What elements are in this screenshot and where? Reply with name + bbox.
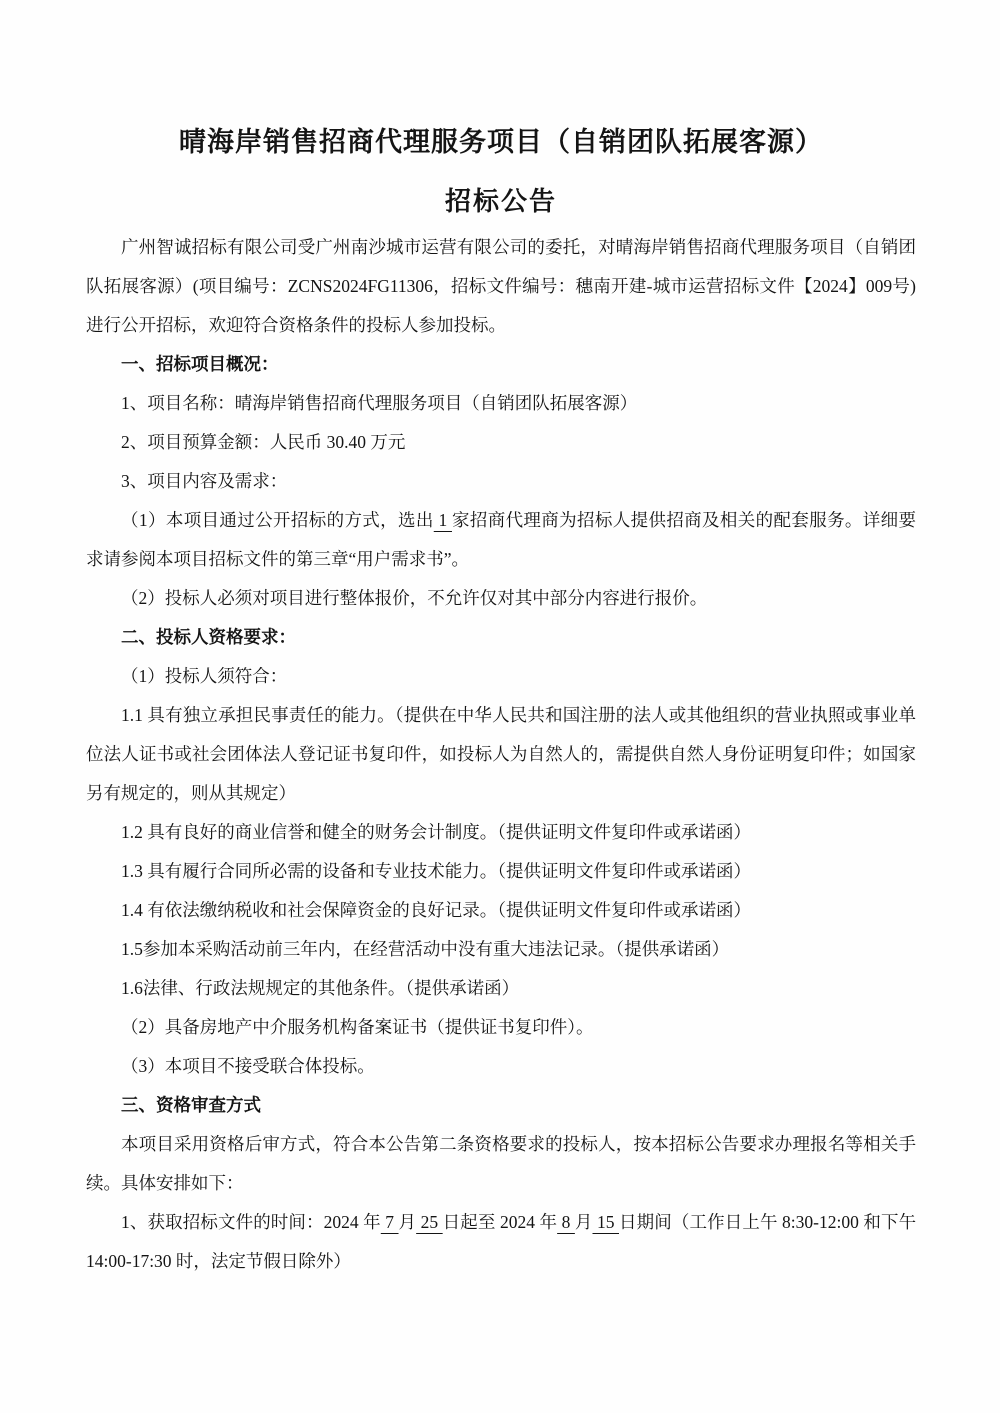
text-run: （1）投标人须符合：: [121, 666, 287, 686]
text-run: 3、项目内容及需求：: [121, 471, 287, 491]
text-run: 1.5参加本采购活动前三年内，在经营活动中没有重大违法记录。（提供承诺函）: [121, 939, 729, 959]
paragraph: 1.1 具有独立承担民事责任的能力。（提供在中华人民共和国注册的法人或其他组织的…: [86, 696, 916, 813]
underlined-fill-in-text: 25: [416, 1212, 443, 1232]
text-run: （2）投标人必须对项目进行整体报价，不允许仅对其中部分内容进行报价。: [121, 588, 707, 608]
paragraph: 1、项目名称：晴海岸销售招商代理服务项目（自销团队拓展客源）: [86, 384, 916, 423]
text-run: （3）本项目不接受联合体投标。: [121, 1056, 375, 1076]
text-run: 1.3 具有履行合同所必需的设备和专业技术能力。（提供证明文件复印件或承诺函）: [121, 861, 751, 881]
underlined-fill-in-text: 15: [593, 1212, 620, 1232]
paragraph: 2、项目预算金额：人民币 30.40 万元: [86, 423, 916, 462]
section-heading: 三、资格审查方式: [86, 1086, 916, 1125]
text-run: （1）本项目通过公开招标的方式，选出: [121, 510, 434, 530]
underlined-fill-in-text: 7: [381, 1212, 399, 1232]
text-run: 月: [399, 1212, 417, 1232]
paragraph: 1.5参加本采购活动前三年内，在经营活动中没有重大违法记录。（提供承诺函）: [86, 930, 916, 969]
document-page: 晴海岸销售招商代理服务项目（自销团队拓展客源） 招标公告 广州智诚招标有限公司受…: [0, 0, 1000, 1413]
paragraph: 1.2 具有良好的商业信誉和健全的财务会计制度。（提供证明文件复印件或承诺函）: [86, 813, 916, 852]
underlined-fill-in-text: 1: [434, 510, 452, 530]
paragraph: 广州智诚招标有限公司受广州南沙城市运营有限公司的委托，对晴海岸销售招商代理服务项…: [86, 228, 916, 345]
document-body: 广州智诚招标有限公司受广州南沙城市运营有限公司的委托，对晴海岸销售招商代理服务项…: [86, 228, 916, 1281]
paragraph: 1.4 有依法缴纳税收和社会保障资金的良好记录。（提供证明文件复印件或承诺函）: [86, 891, 916, 930]
text-run: 1.2 具有良好的商业信誉和健全的财务会计制度。（提供证明文件复印件或承诺函）: [121, 822, 751, 842]
paragraph: 1、获取招标文件的时间：2024 年 7 月 25 日起至 2024 年 8 月…: [86, 1203, 916, 1281]
paragraph: （1）投标人须符合：: [86, 657, 916, 696]
text-run: 三、资格审查方式: [121, 1095, 261, 1115]
paragraph: （2）具备房地产中介服务机构备案证书（提供证书复印件）。: [86, 1008, 916, 1047]
text-run: （2）具备房地产中介服务机构备案证书（提供证书复印件）。: [121, 1017, 594, 1037]
text-run: 1.1 具有独立承担民事责任的能力。（提供在中华人民共和国注册的法人或其他组织的…: [86, 705, 916, 803]
text-run: 1、获取招标文件的时间：2024 年: [121, 1212, 381, 1232]
paragraph: （3）本项目不接受联合体投标。: [86, 1047, 916, 1086]
paragraph: （2）投标人必须对项目进行整体报价，不允许仅对其中部分内容进行报价。: [86, 579, 916, 618]
text-run: 1.6法律、行政法规规定的其他条件。（提供承诺函）: [121, 978, 519, 998]
text-run: 二、投标人资格要求：: [121, 627, 296, 647]
text-run: 月: [575, 1212, 593, 1232]
text-run: 2、项目预算金额：人民币 30.40 万元: [121, 432, 405, 452]
paragraph: 本项目采用资格后审方式，符合本公告第二条资格要求的投标人，按本招标公告要求办理报…: [86, 1125, 916, 1203]
section-heading: 二、投标人资格要求：: [86, 618, 916, 657]
text-run: 日起至 2024 年: [443, 1212, 557, 1232]
paragraph: 3、项目内容及需求：: [86, 462, 916, 501]
text-run: 广州智诚招标有限公司受广州南沙城市运营有限公司的委托，对晴海岸销售招商代理服务项…: [86, 237, 916, 335]
underlined-fill-in-text: 8: [557, 1212, 575, 1232]
section-heading: 一、招标项目概况：: [86, 345, 916, 384]
text-run: 一、招标项目概况：: [121, 354, 279, 374]
text-run: 本项目采用资格后审方式，符合本公告第二条资格要求的投标人，按本招标公告要求办理报…: [86, 1134, 916, 1193]
document-subtitle: 招标公告: [86, 182, 916, 222]
paragraph: （1）本项目通过公开招标的方式，选出 1 家招商代理商为招标人提供招商及相关的配…: [86, 501, 916, 579]
text-run: 1.4 有依法缴纳税收和社会保障资金的良好记录。（提供证明文件复印件或承诺函）: [121, 900, 751, 920]
document-title: 晴海岸销售招商代理服务项目（自销团队拓展客源）: [86, 122, 916, 162]
paragraph: 1.3 具有履行合同所必需的设备和专业技术能力。（提供证明文件复印件或承诺函）: [86, 852, 916, 891]
paragraph: 1.6法律、行政法规规定的其他条件。（提供承诺函）: [86, 969, 916, 1008]
text-run: 1、项目名称：晴海岸销售招商代理服务项目（自销团队拓展客源）: [121, 393, 637, 413]
